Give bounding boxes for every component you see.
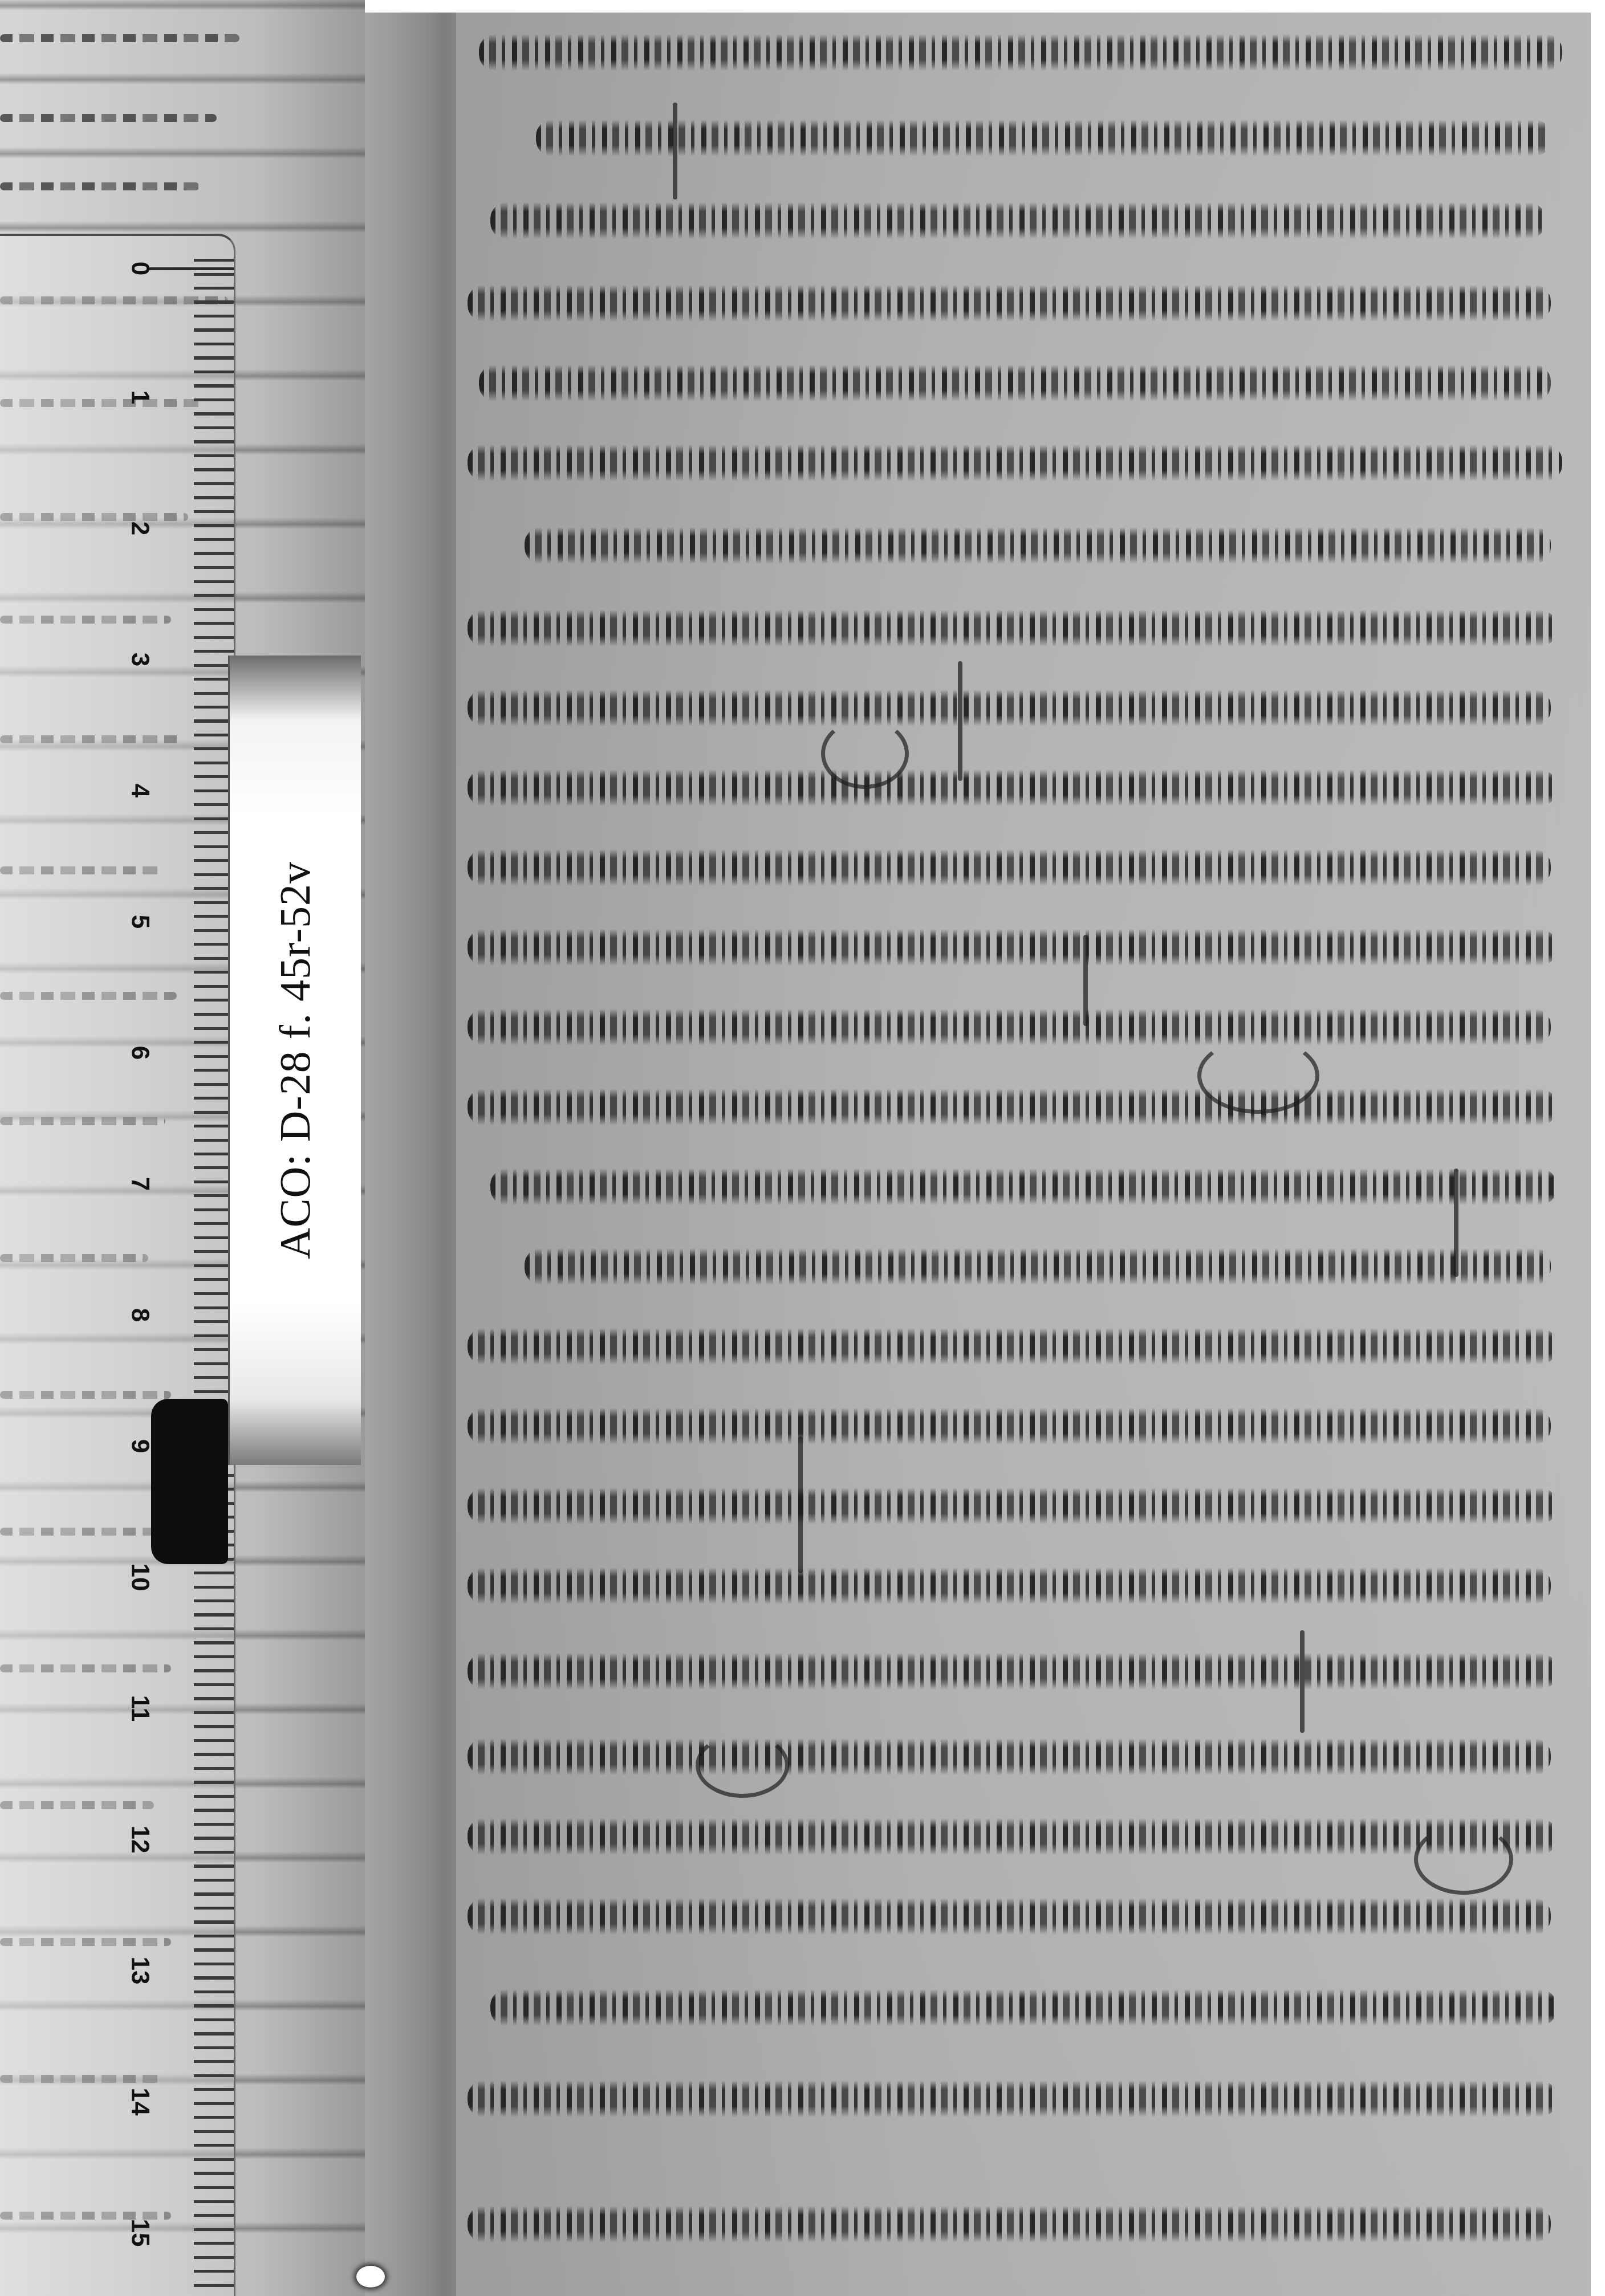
ruler-label: 9: [125, 1429, 154, 1463]
handwritten-line: [490, 202, 1545, 239]
ink-flourish: [1197, 1037, 1319, 1114]
ruler-major-tick: [148, 267, 234, 270]
facing-folio-line: [0, 34, 239, 42]
archive-label-card: ACO: D-28 f. 45r-52v: [228, 656, 361, 1465]
handwritten-line: [490, 1169, 1557, 1205]
ruler-label: 15: [125, 2216, 154, 2250]
handwritten-line: [468, 2206, 1551, 2242]
ruler-label: 3: [125, 642, 154, 677]
handwritten-line: [468, 610, 1557, 646]
ink-ascender: [958, 661, 962, 781]
handwritten-line: [468, 2081, 1557, 2117]
ink-flourish: [696, 1733, 789, 1798]
handwritten-line: [468, 285, 1551, 321]
ink-ascender: [1300, 1630, 1305, 1733]
handwritten-line: [468, 1408, 1551, 1444]
ink-flourish: [1414, 1824, 1513, 1895]
handwritten-line: [468, 1328, 1557, 1365]
handwritten-line: [468, 445, 1562, 481]
handwritten-line: [468, 1739, 1551, 1775]
handwritten-line: [525, 527, 1551, 564]
handwritten-line: [525, 1248, 1551, 1285]
handwritten-line: [468, 1653, 1557, 1690]
handwritten-line: [536, 120, 1551, 156]
handwritten-line: [479, 365, 1551, 401]
facing-folio-line: [0, 182, 200, 190]
ruler-label: 6: [125, 1036, 154, 1070]
ruler-label: 7: [125, 1167, 154, 1201]
ink-flourish: [821, 718, 909, 789]
handwritten-line: [468, 690, 1551, 726]
handwritten-line: [468, 849, 1551, 886]
ruler-label: 14: [125, 2085, 154, 2119]
ink-ascender: [798, 1436, 803, 1573]
ruler-label: 12: [125, 1822, 154, 1857]
ruler-label: 13: [125, 1953, 154, 1988]
ruler-label: 10: [125, 1560, 154, 1594]
handwritten-line: [468, 1488, 1557, 1524]
ink-ascender: [1454, 1169, 1458, 1277]
handwritten-line: [468, 1568, 1551, 1604]
handwritten-line: [468, 1818, 1557, 1855]
ruler-label: 11: [125, 1691, 154, 1725]
ruler-label: 8: [125, 1298, 154, 1332]
top-margin: [365, 0, 1591, 13]
handwritten-line: [468, 1898, 1551, 1935]
ruler-label: 2: [125, 511, 154, 545]
ruler-label: 5: [125, 905, 154, 939]
measurement-ruler: 0 1 2 3 4 5 6 7 8 9 10 11 12 13 14 15: [0, 234, 235, 2296]
paper-hole: [356, 2266, 385, 2287]
handwritten-line: [468, 929, 1557, 966]
handwritten-line: [468, 770, 1557, 806]
right-margin: [1591, 0, 1605, 2296]
handwritten-line: [479, 34, 1562, 71]
manuscript-scan: 0 1 2 3 4 5 6 7 8 9 10 11 12 13 14 15 AC…: [0, 0, 1591, 2296]
manuscript-folio: [456, 0, 1591, 2296]
ink-ascender: [1083, 935, 1088, 1026]
ruler-clip: [151, 1399, 228, 1564]
handwritten-line: [468, 1009, 1551, 1045]
handwritten-line: [490, 1989, 1557, 2026]
shelfmark-label: ACO: D-28 f. 45r-52v: [271, 861, 320, 1259]
facing-folio-line: [0, 114, 217, 122]
handwritten-line: [468, 1089, 1557, 1125]
ink-ascender: [673, 103, 677, 200]
ruler-label: 4: [125, 774, 154, 808]
ruler-label: 0: [125, 251, 154, 286]
ruler-label: 1: [125, 380, 154, 414]
